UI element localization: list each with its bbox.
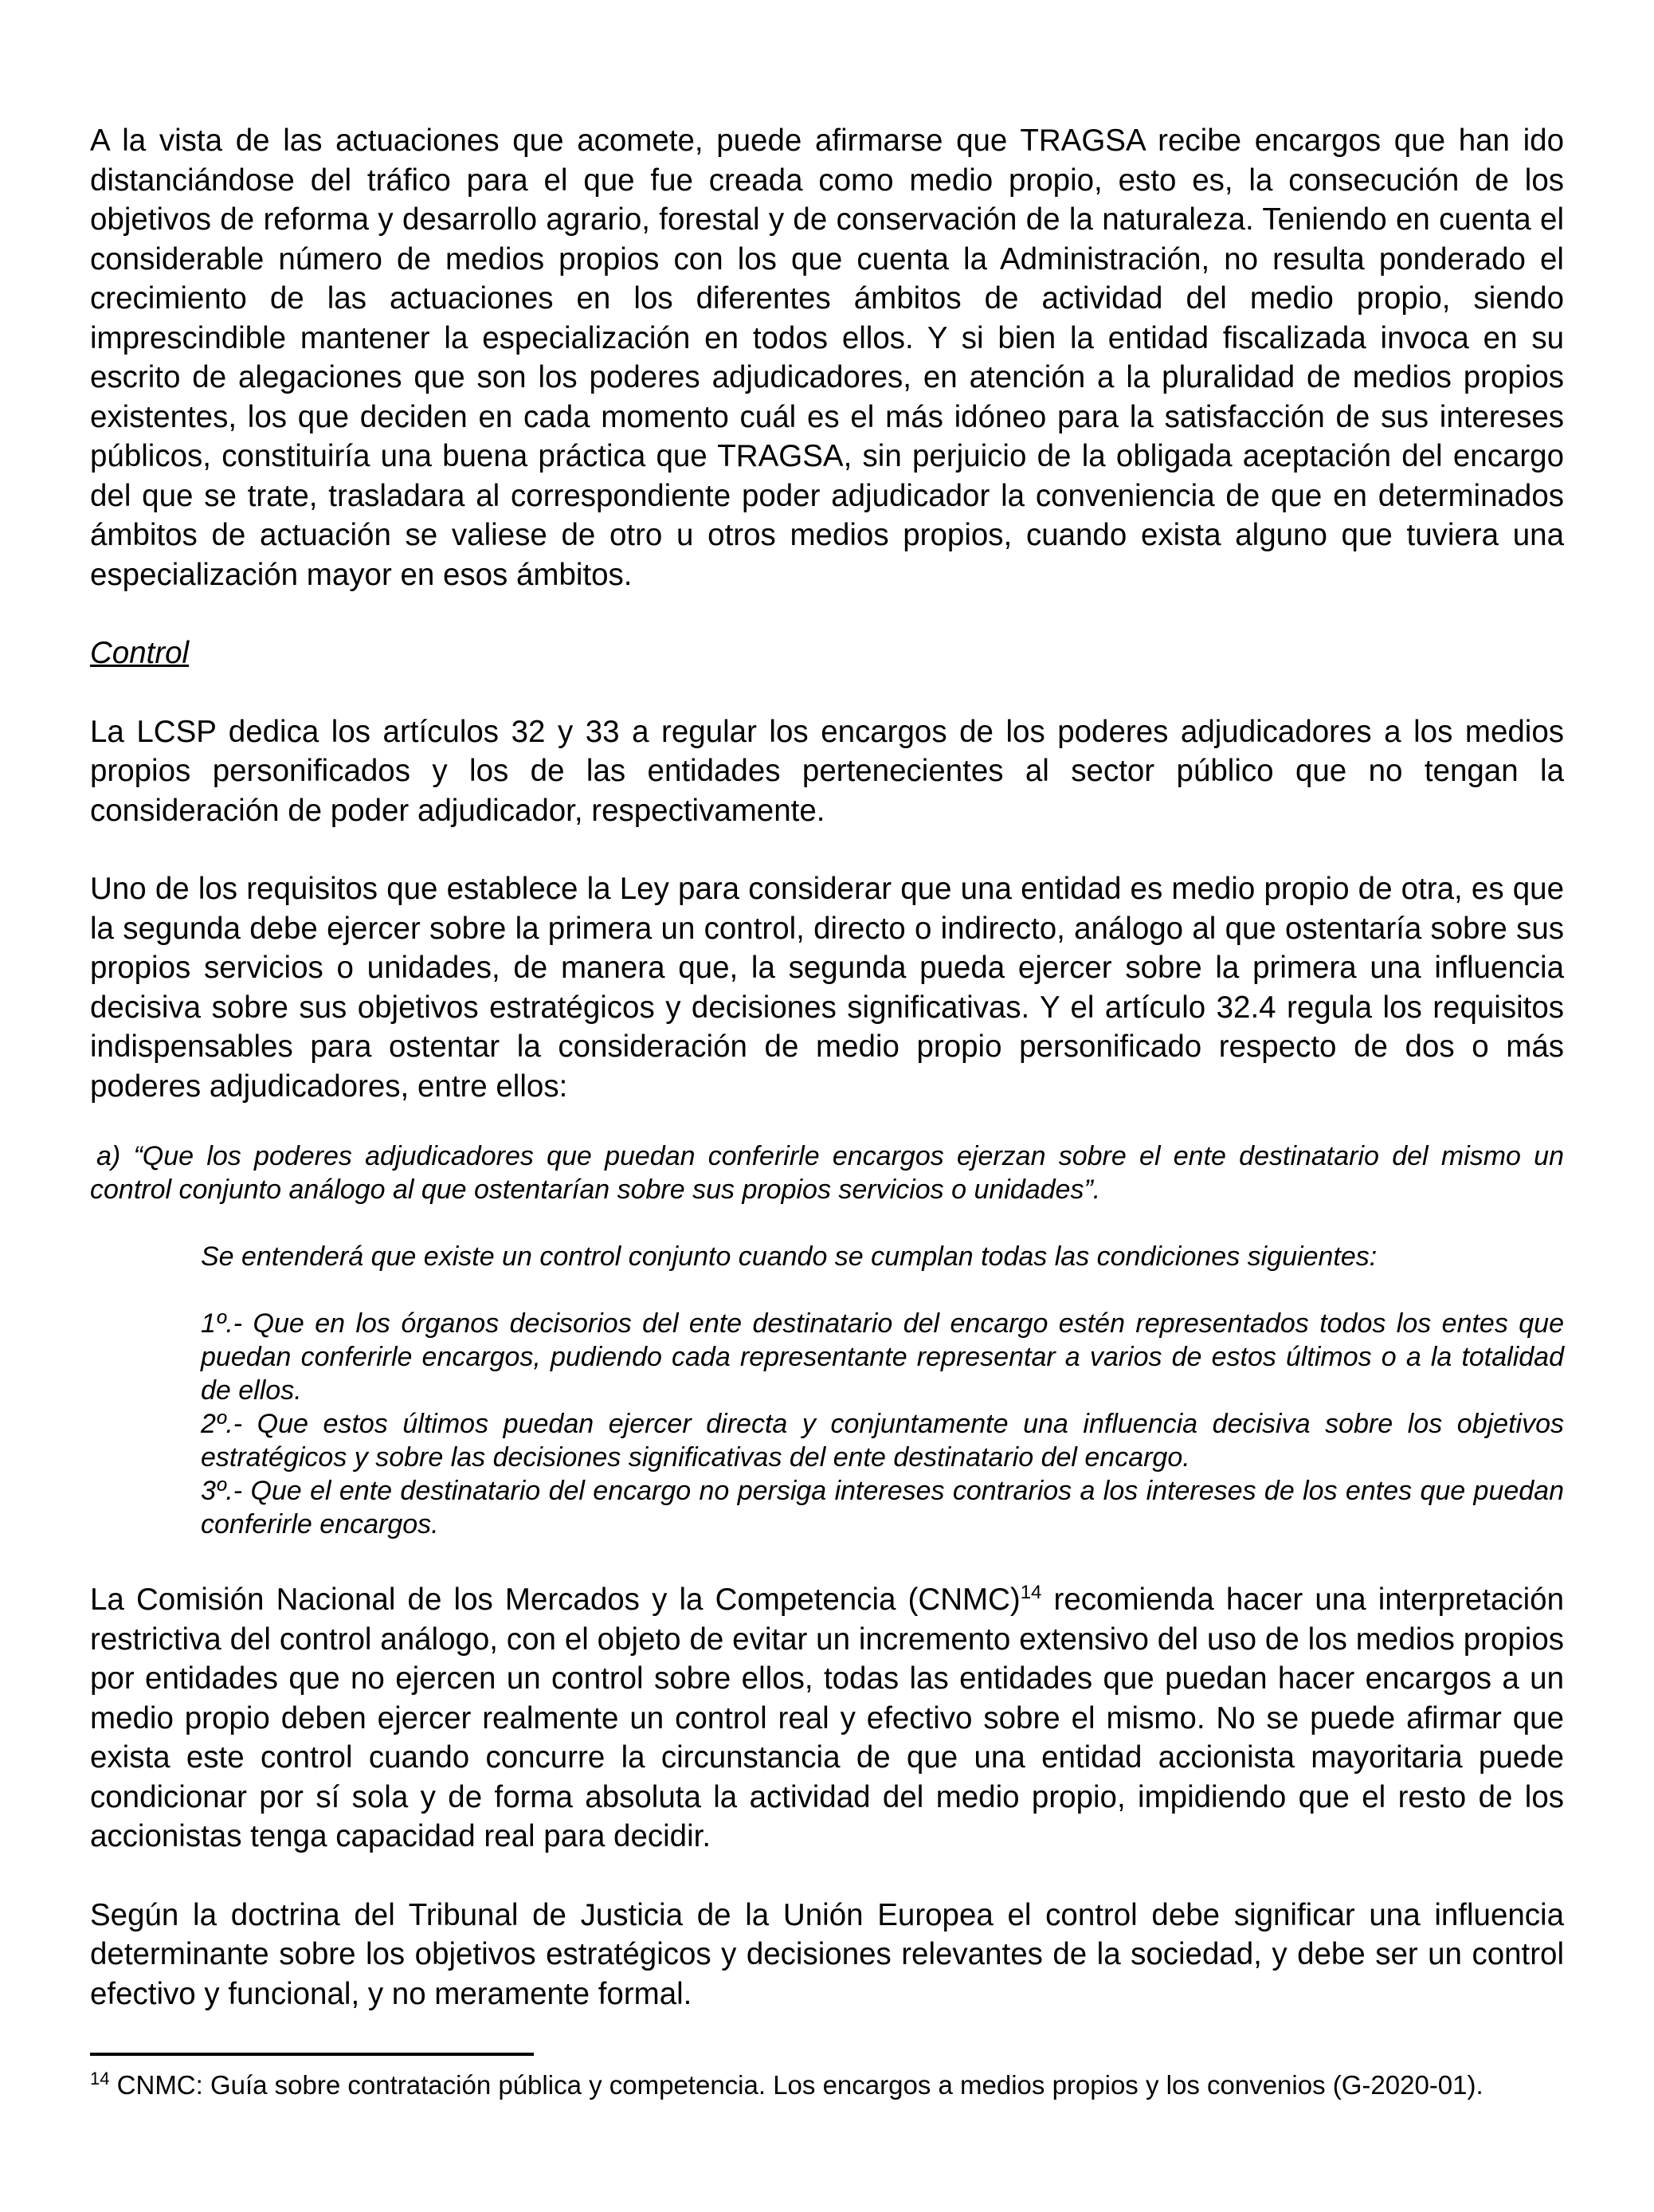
footnote-reference-14: 14	[1021, 1582, 1042, 1603]
quote-condition-1: 1º.- Que en los órganos decisorios del e…	[201, 1307, 1564, 1407]
paragraph-tragsa-encargos: A la vista de las actuaciones que acomet…	[90, 121, 1564, 594]
footnote-14: 14 CNMC: Guía sobre contratación pública…	[90, 2069, 1564, 2102]
footnote-text: CNMC: Guía sobre contratación pública y …	[109, 2070, 1483, 2100]
quote-condition-3: 3º.- Que el ente destinatario del encarg…	[201, 1474, 1564, 1541]
quote-se-entendera: Se entenderá que existe un control conju…	[201, 1240, 1564, 1273]
quote-condition-2: 2º.- Que estos últimos puedan ejercer di…	[201, 1407, 1564, 1474]
document-page: A la vista de las actuaciones que acomet…	[0, 0, 1654, 2212]
footnote-marker-14: 14	[90, 2069, 109, 2088]
paragraph-cnmc-before-ref: La Comisión Nacional de los Mercados y l…	[90, 1583, 1021, 1617]
heading-control: Control	[90, 633, 1564, 673]
quote-a-control-conjunto: a) “Que los poderes adjudicadores que pu…	[90, 1139, 1564, 1206]
paragraph-cnmc-after-ref: recomienda hacer una interpretación rest…	[90, 1583, 1564, 1853]
paragraph-tjue-doctrina: Según la doctrina del Tribunal de Justic…	[90, 1896, 1564, 2014]
footnote-separator-rule	[90, 2053, 534, 2056]
paragraph-cnmc: La Comisión Nacional de los Mercados y l…	[90, 1580, 1564, 1857]
paragraph-uno-requisitos: Uno de los requisitos que establece la L…	[90, 869, 1564, 1106]
paragraph-lcsp-articulos: La LCSP dedica los artículos 32 y 33 a r…	[90, 712, 1564, 831]
